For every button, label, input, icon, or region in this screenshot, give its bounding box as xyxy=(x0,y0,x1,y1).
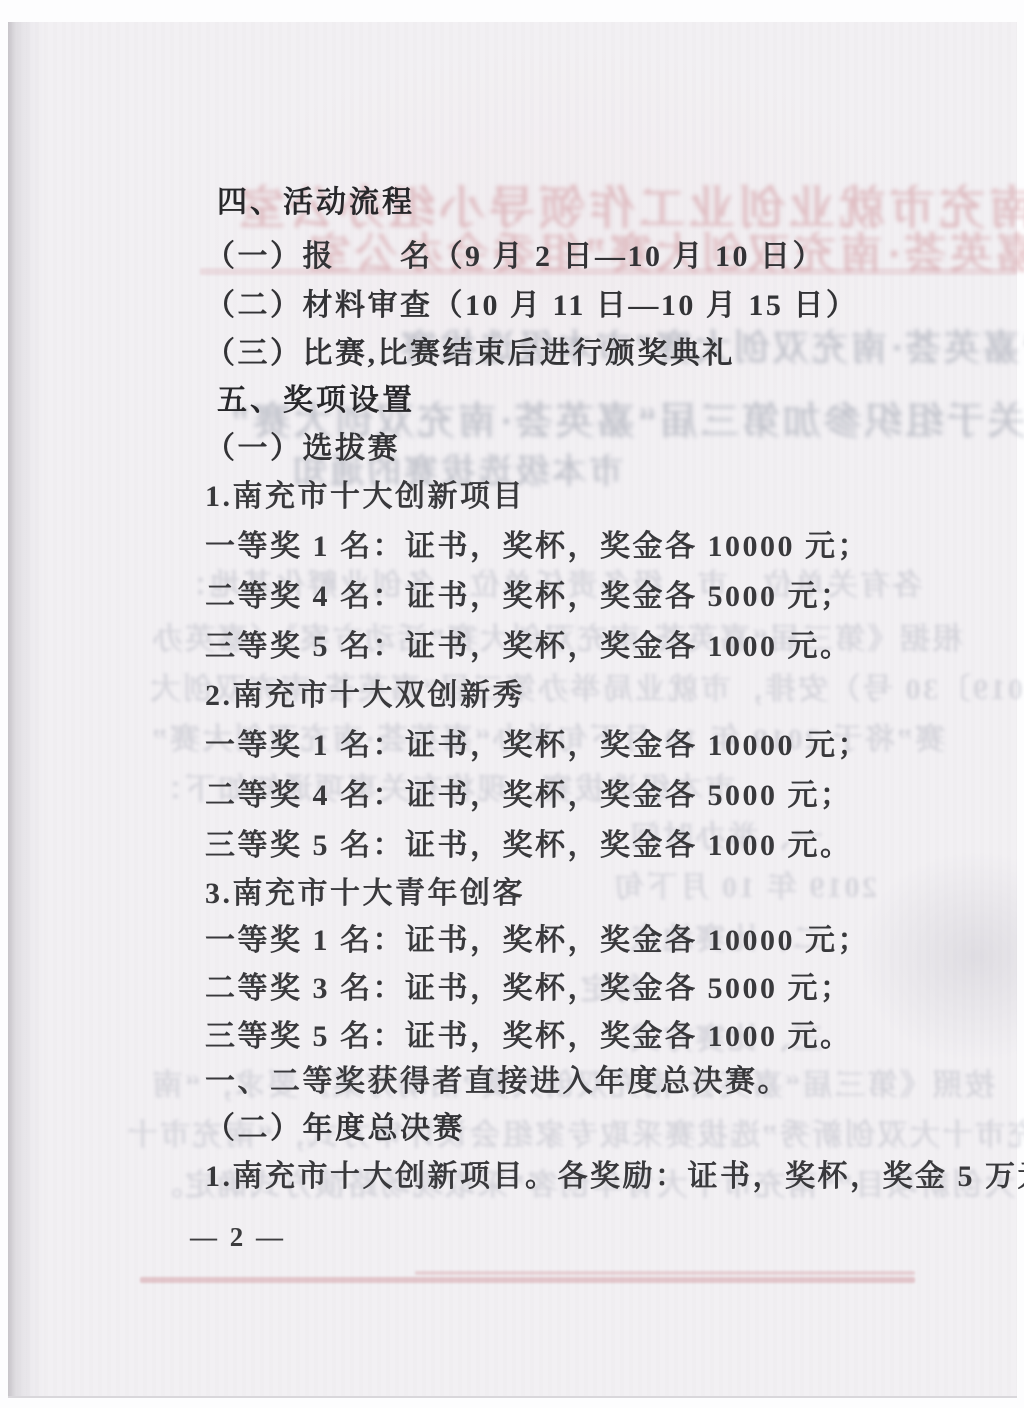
scanned-document: 南充市就业创业工作领导小组办公室“嘉英荟·南充双创大赛”组委会办公室“嘉英荟·南… xyxy=(0,0,1024,1408)
scanned-page xyxy=(8,22,1017,1398)
page-number: — 2 — xyxy=(190,1222,286,1253)
